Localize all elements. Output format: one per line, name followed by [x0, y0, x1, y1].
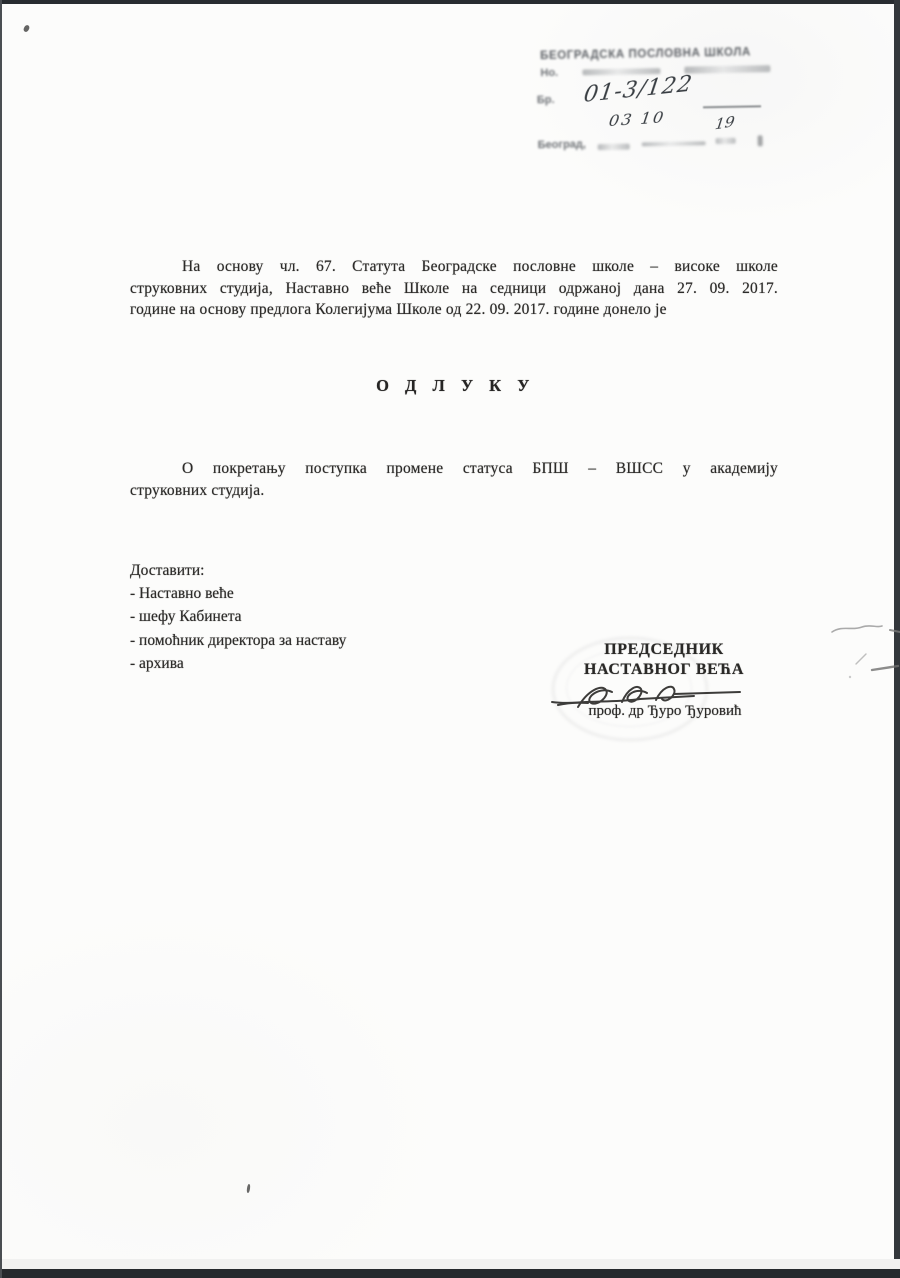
scan-speck-bottom — [246, 1184, 250, 1193]
signature-role-line2: НАСТАВНОГ ВЕЋА — [556, 661, 772, 679]
stamp-handwritten-year: 19 — [714, 113, 736, 134]
stamp-smudge — [758, 135, 763, 146]
signature-name: проф. др Ђуро Ђуровић — [550, 703, 780, 720]
scan-edge-bottom — [0, 1269, 900, 1278]
stamp-number-label: Но. — [540, 67, 558, 79]
stamp-handwritten-date: 03 10 — [608, 108, 667, 131]
stamp-smudge — [598, 144, 630, 151]
pen-marks-right-edge — [820, 614, 900, 684]
stamp-handwritten-number: 01-3/122 — [582, 72, 694, 108]
document-title: О Д Л У К У — [130, 376, 778, 396]
distribution-item: - Наставно веће — [130, 582, 346, 605]
stamp-place-label: Београд, — [538, 138, 586, 151]
stamp-smudge — [642, 141, 706, 146]
decision-paragraph: О покретању поступка промене статуса БПШ… — [130, 458, 778, 501]
distribution-heading: Доставити: — [130, 559, 346, 582]
stamp-smudge — [684, 65, 770, 73]
distribution-item: - помоћник директора за наставу — [130, 629, 346, 652]
scan-shadow-band-bottom — [0, 1259, 900, 1269]
scan-edge-left — [0, 0, 2, 1278]
stamp-br-label: Бр. — [537, 94, 555, 106]
stamp-organization-name: БЕОГРАДСКА ПОСЛОВНА ШКОЛА — [540, 46, 751, 62]
paragraph-line: струковних студија. — [130, 480, 778, 502]
intake-stamp: БЕОГРАДСКА ПОСЛОВНА ШКОЛА Но. Бр. 01-3/1… — [534, 43, 794, 167]
signature-role-line1: ПРЕДСЕДНИК — [556, 641, 772, 659]
distribution-list: Доставити: - Наставно веће - шефу Кабине… — [130, 559, 346, 675]
distribution-item: - архива — [130, 652, 346, 675]
stamp-blank-line — [703, 105, 761, 108]
scan-edge-top — [0, 0, 900, 4]
paragraph-line: струковних студија, Наставно веће Школе … — [130, 278, 778, 300]
scan-speck-top-left — [23, 24, 31, 33]
stamp-smudge — [716, 138, 736, 144]
signature-block: ПРЕДСЕДНИК НАСТАВНОГ ВЕЋА проф. др Ђуро … — [556, 641, 772, 731]
paragraph-line: О покретању поступка промене статуса БПШ… — [130, 458, 778, 480]
paragraph-line: године на основу предлога Колегијума Шко… — [130, 299, 778, 321]
scanned-document-page: БЕОГРАДСКА ПОСЛОВНА ШКОЛА Но. Бр. 01-3/1… — [0, 0, 900, 1278]
stamp-smudge — [582, 68, 660, 75]
distribution-item: - шефу Кабинета — [130, 605, 346, 628]
opening-paragraph: На основу чл. 67. Статута Београдске пос… — [130, 256, 778, 321]
paragraph-line: На основу чл. 67. Статута Београдске пос… — [130, 256, 778, 278]
